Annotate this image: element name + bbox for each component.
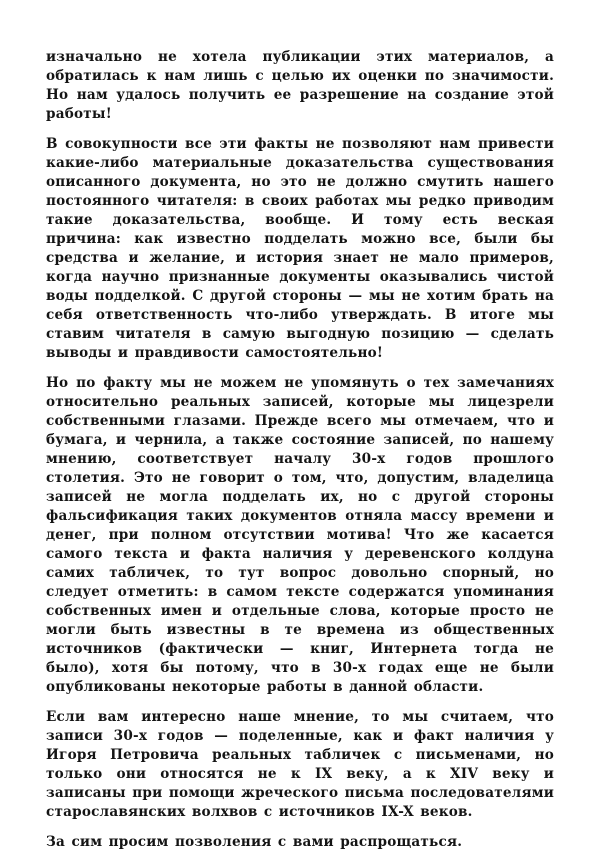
text-block: изначально не хотела публикации этих мат… [46, 48, 554, 850]
paragraph-5: За сим просим позволения с вами распроща… [46, 833, 554, 850]
paragraph-3: Но по факту мы не можем не упомянуть о т… [46, 374, 554, 697]
paragraph-1: изначально не хотела публикации этих мат… [46, 48, 554, 124]
document-page: изначально не хотела публикации этих мат… [0, 0, 600, 850]
paragraph-2: В совокупности все эти факты не позволяю… [46, 135, 554, 363]
paragraph-4: Если вам интересно наше мнение, то мы сч… [46, 708, 554, 822]
